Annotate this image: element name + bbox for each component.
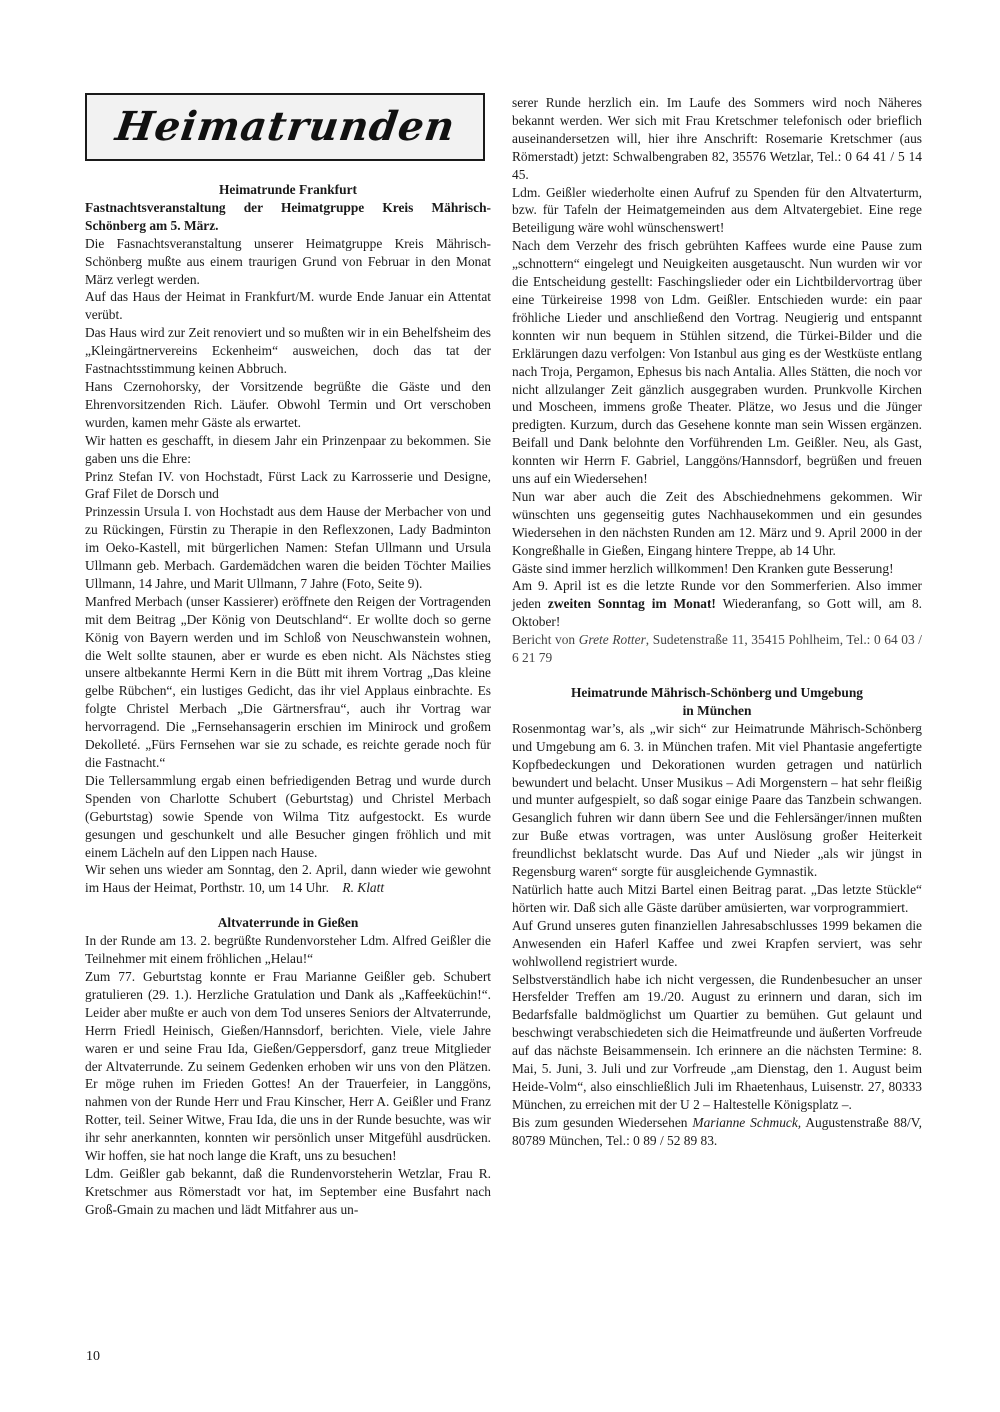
section-muenchen: Heimatrunde Mährisch-Schönberg und Umgeb… (512, 684, 922, 1150)
section-title: Altvaterrunde in Gießen (85, 914, 491, 932)
magazine-page: Heimatrunden Heimatrunde Frankfurt Fastn… (0, 0, 1000, 1412)
paragraph: Wir hatten es geschafft, in diesem Jahr … (85, 432, 491, 468)
paragraph: Die Fasnachtsveranstaltung unserer Heima… (85, 235, 491, 289)
paragraph: Auf Grund unseres guten finanziellen Jah… (512, 917, 922, 971)
masthead-box: Heimatrunden (85, 93, 485, 161)
section-giessen-continued: serer Runde herzlich ein. Im Laufe des S… (512, 94, 922, 667)
paragraph: Hans Czernohorsky, der Vorsitzende begrü… (85, 378, 491, 432)
masthead-title: Heimatrunden (114, 118, 455, 136)
text: Bericht von (512, 632, 579, 647)
paragraph: Auf das Haus der Heimat in Frankfurt/M. … (85, 288, 491, 324)
paragraph: Selbstverständlich habe ich nicht verges… (512, 971, 922, 1114)
paragraph: In der Runde am 13. 2. begrüßte Rundenvo… (85, 932, 491, 968)
right-column: serer Runde herzlich ein. Im Laufe des S… (512, 94, 922, 1150)
paragraph: Zum 77. Geburtstag konnte er Frau Marian… (85, 968, 491, 1165)
report-credit: Bericht von Grete Rotter, Sudetenstraße … (512, 631, 922, 667)
section-title-line-2: in München (512, 702, 922, 720)
section-spacer (85, 897, 491, 914)
closing-paragraph: Wir sehen uns wieder am Sonntag, den 2. … (85, 861, 491, 897)
paragraph: Prinzessin Ursula I. von Hochstadt aus d… (85, 503, 491, 593)
page-number: 10 (86, 1349, 100, 1365)
emphasis-bold: zweiten Sonntag im Monat! (548, 596, 716, 611)
section-frankfurt: Heimatrunde Frankfurt Fastnachtsveransta… (85, 181, 491, 897)
author-signature: R. Klatt (342, 880, 384, 895)
section-subtitle: Fastnachtsveranstaltung der Heimatgruppe… (85, 199, 491, 235)
paragraph: Rosenmontag war’s, als „wir sich“ zur He… (512, 720, 922, 881)
author-name: Grete Rotter (579, 632, 646, 647)
section-title-line-1: Heimatrunde Mährisch-Schönberg und Umgeb… (512, 684, 922, 702)
paragraph: Gäste sind immer herzlich willkommen! De… (512, 560, 922, 578)
paragraph: Nun war aber auch die Zeit des Abschiedn… (512, 488, 922, 560)
author-name: Marianne Schmuck, (692, 1115, 801, 1130)
closing-paragraph: Bis zum gesunden Wiedersehen Marianne Sc… (512, 1114, 922, 1150)
left-column: Heimatrunden Heimatrunde Frankfurt Fastn… (85, 93, 491, 1219)
paragraph: Prinz Stefan IV. von Hochstadt, Fürst La… (85, 468, 491, 504)
paragraph: Manfred Merbach (unser Kassierer) eröffn… (85, 593, 491, 772)
section-spacer (512, 667, 922, 684)
paragraph: serer Runde herzlich ein. Im Laufe des S… (512, 94, 922, 184)
paragraph: Ldm. Geißler wiederholte einen Aufruf zu… (512, 184, 922, 238)
last-round-paragraph: Am 9. April ist es die letzte Runde vor … (512, 577, 922, 631)
paragraph: Die Tellersammlung ergab einen befriedig… (85, 772, 491, 862)
paragraph: Nach dem Verzehr des frisch gebrühten Ka… (512, 237, 922, 488)
text: Bis zum gesunden Wiedersehen (512, 1115, 692, 1130)
section-title: Heimatrunde Frankfurt (85, 181, 491, 199)
paragraph: Das Haus wird zur Zeit renoviert und so … (85, 324, 491, 378)
closing-text: Wir sehen uns wieder am Sonntag, den 2. … (85, 862, 491, 895)
paragraph: Ldm. Geißler gab bekannt, daß die Runden… (85, 1165, 491, 1219)
paragraph: Natürlich hatte auch Mitzi Bartel einen … (512, 881, 922, 917)
section-giessen: Altvaterrunde in Gießen In der Runde am … (85, 914, 491, 1218)
